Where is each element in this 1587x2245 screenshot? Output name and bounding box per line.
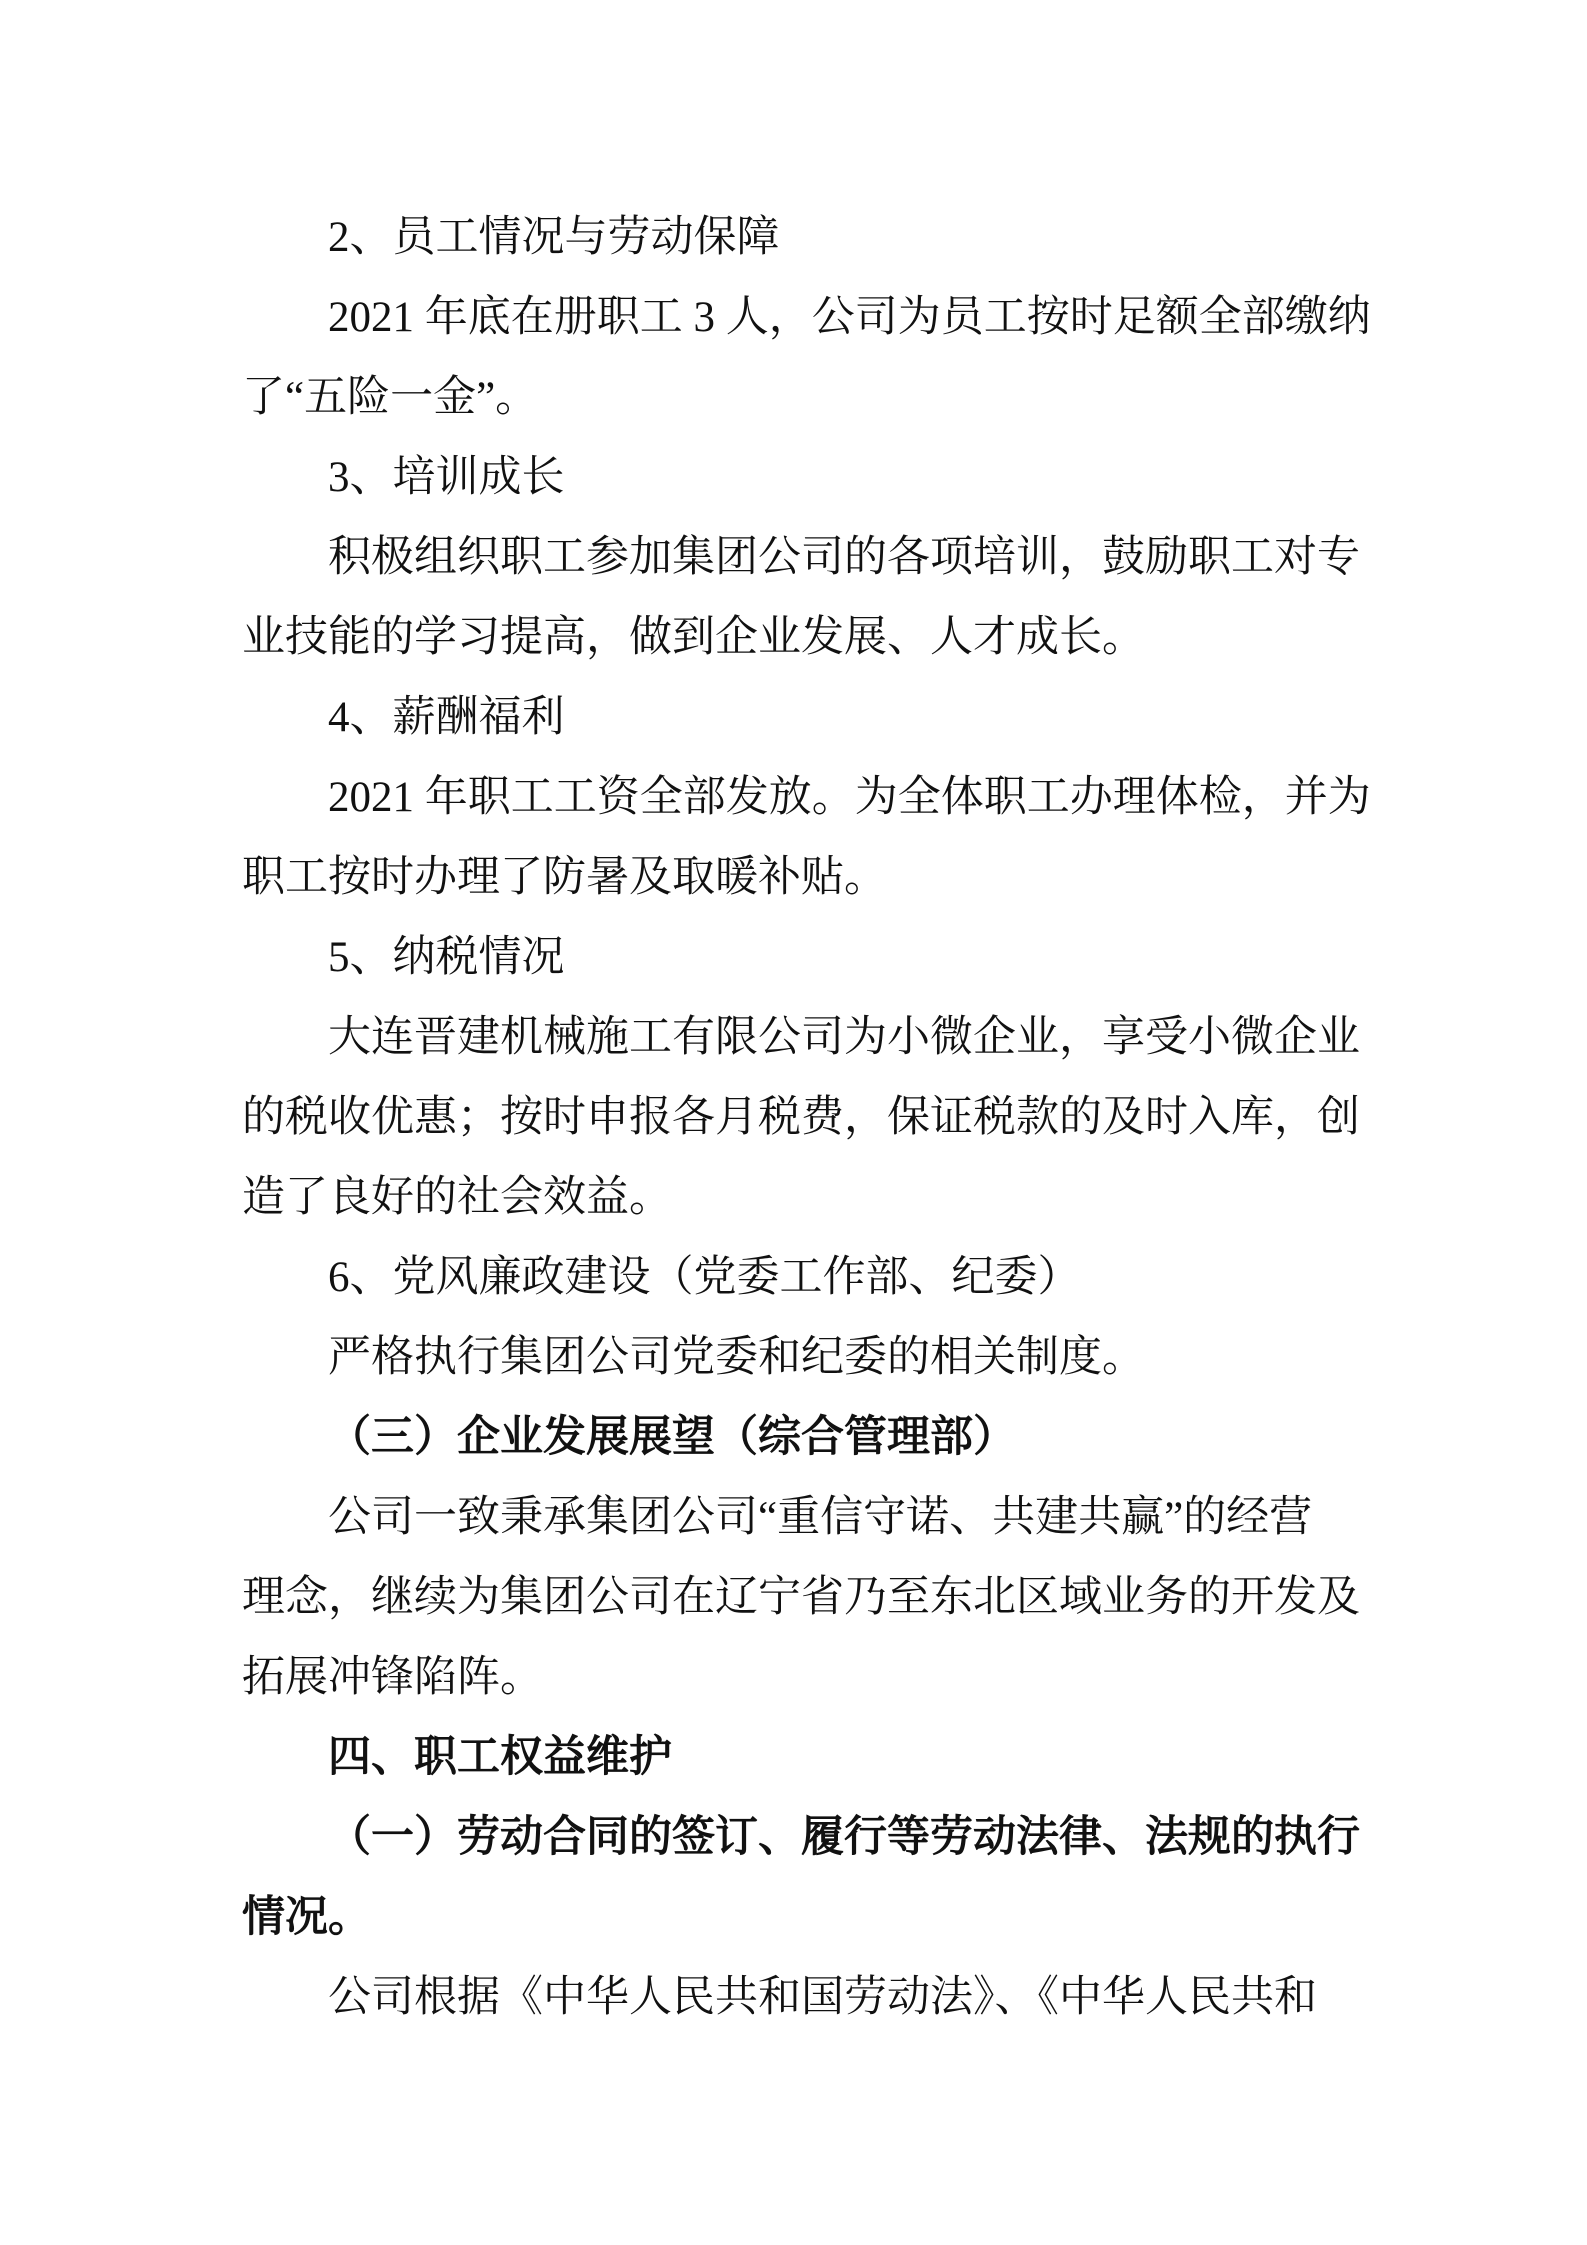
document-line-3: 了“五险一金”。 xyxy=(242,358,1364,438)
document-line-17: 公司一致秉承集团公司“重信守诺、共建共赢”的经营 xyxy=(242,1478,1364,1558)
document-line-21: （一）劳动合同的签订、履行等劳动法律、法规的执行 xyxy=(242,1798,1364,1878)
document-line-20: 四、职工权益维护 xyxy=(242,1718,1364,1798)
document-line-4: 3、培训成长 xyxy=(242,438,1364,518)
document-line-23: 公司根据《中华人民共和国劳动法》、《中华人民共和 xyxy=(242,1958,1364,2038)
document-line-1: 2、员工情况与劳动保障 xyxy=(242,198,1364,278)
document-line-19: 拓展冲锋陷阵。 xyxy=(242,1638,1364,1718)
document-line-15: 严格执行集团公司党委和纪委的相关制度。 xyxy=(242,1318,1364,1398)
document-line-7: 4、薪酬福利 xyxy=(242,678,1364,758)
document-line-10: 5、纳税情况 xyxy=(242,918,1364,998)
document-page: 2、员工情况与劳动保障2021 年底在册职工 3 人，公司为员工按时足额全部缴纳… xyxy=(0,0,1587,2245)
document-line-18: 理念，继续为集团公司在辽宁省乃至东北区域业务的开发及 xyxy=(242,1558,1364,1638)
document-line-6: 业技能的学习提高，做到企业发展、人才成长。 xyxy=(242,598,1364,678)
document-line-5: 积极组织职工参加集团公司的各项培训，鼓励职工对专 xyxy=(242,518,1364,598)
document-line-12: 的税收优惠；按时申报各月税费，保证税款的及时入库，创 xyxy=(242,1078,1364,1158)
document-body: 2、员工情况与劳动保障2021 年底在册职工 3 人，公司为员工按时足额全部缴纳… xyxy=(242,198,1364,2038)
document-line-2: 2021 年底在册职工 3 人，公司为员工按时足额全部缴纳 xyxy=(242,278,1364,358)
document-line-14: 6、党风廉政建设（党委工作部、纪委） xyxy=(242,1238,1364,1318)
document-line-9: 职工按时办理了防暑及取暖补贴。 xyxy=(242,838,1364,918)
document-line-13: 造了良好的社会效益。 xyxy=(242,1158,1364,1238)
document-line-8: 2021 年职工工资全部发放。为全体职工办理体检，并为 xyxy=(242,758,1364,838)
document-line-11: 大连晋建机械施工有限公司为小微企业，享受小微企业 xyxy=(242,998,1364,1078)
document-line-22: 情况。 xyxy=(242,1878,1364,1958)
document-line-16: （三）企业发展展望（综合管理部） xyxy=(242,1398,1364,1478)
